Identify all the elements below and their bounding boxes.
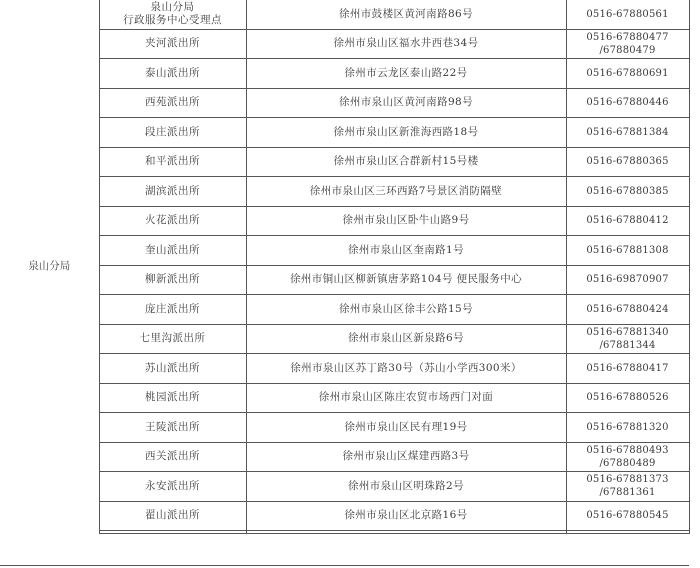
station-table: 泉山分局 泉山分局 行政服务中心受理点 徐州市鼓楼区黄河南路86号 0516-6…	[0, 0, 690, 534]
station-address-cell: 徐州市泉山区徐丰公路15号	[246, 295, 566, 325]
table-row: 夹河派出所 徐州市泉山区福水井西巷34号 0516-67880477 /6788…	[0, 29, 689, 59]
station-address-cell: 徐州市泉山区新淮海西路18号	[246, 118, 566, 148]
station-address-cell: 徐州市泉山区黄河南路98号	[246, 88, 566, 118]
station-phone-line1: 0516-67880385	[569, 185, 687, 198]
station-phone-cell: 0516-67880417	[566, 354, 689, 384]
station-phone-line1: 0516-67881340	[569, 326, 687, 339]
station-name-cell: 湖滨派出所	[99, 177, 246, 207]
table-row: 奎山派出所 徐州市泉山区奎南路1号 0516-67881308	[0, 236, 689, 266]
station-phone-line1: 0516-67880493	[569, 444, 687, 457]
station-address-cell: 徐州市泉山区奎南路1号	[246, 236, 566, 266]
table-row: 泰山派出所 徐州市云龙区泰山路22号 0516-67880691	[0, 59, 689, 89]
table-row: 七里沟派出所 徐州市泉山区新泉路6号 0516-67881340 /678813…	[0, 324, 689, 354]
station-address-cell: 徐州市泉山区三环西路7号景区消防隔壁	[246, 177, 566, 207]
station-name-line1: 奎山派出所	[102, 244, 244, 257]
station-name-cell: 七里沟派出所	[99, 324, 246, 354]
station-phone-cell: 0516-67880493 /67880489	[566, 442, 689, 472]
branch-group-cell: 泉山分局	[0, 0, 99, 534]
station-phone-line1: 0516-67880477	[569, 31, 687, 44]
station-name-cell: 王陵派出所	[99, 413, 246, 443]
station-name-cell: 翟山派出所	[99, 501, 246, 531]
table-body: 泉山分局 泉山分局 行政服务中心受理点 徐州市鼓楼区黄河南路86号 0516-6…	[0, 0, 689, 534]
station-phone-line1: 0516-67880526	[569, 391, 687, 404]
station-name-line1: 西苑派出所	[102, 96, 244, 109]
table-row: 西关派出所 徐州市泉山区煤建西路3号 0516-67880493 /678804…	[0, 442, 689, 472]
station-name-line1: 苏山派出所	[102, 362, 244, 375]
table-row: 桃园派出所 徐州市泉山区陈庄农贸市场西门对面 0516-67880526	[0, 383, 689, 413]
station-address-cell: 徐州市铜山区柳新镇唐茅路104号 便民服务中心	[246, 265, 566, 295]
station-name-line1: 火花派出所	[102, 214, 244, 227]
station-name-line1: 庞庄派出所	[102, 303, 244, 316]
station-name-line1: 王陵派出所	[102, 421, 244, 434]
station-name-cell: 火花派出所	[99, 206, 246, 236]
table-row: 段庄派出所 徐州市泉山区新淮海西路18号 0516-67881384	[0, 118, 689, 148]
table-row: 王陵派出所 徐州市泉山区民有理19号 0516-67881320	[0, 413, 689, 443]
partial-cell	[566, 531, 689, 534]
station-name-line1: 夹河派出所	[102, 37, 244, 50]
station-name-cell: 苏山派出所	[99, 354, 246, 384]
station-name-cell: 庞庄派出所	[99, 295, 246, 325]
station-phone-line1: 0516-67880417	[569, 362, 687, 375]
table-row: 火花派出所 徐州市泉山区卧牛山路9号 0516-67880412	[0, 206, 689, 236]
station-phone-cell: 0516-67880526	[566, 383, 689, 413]
station-address-cell: 徐州市云龙区泰山路22号	[246, 59, 566, 89]
table-row: 翟山派出所 徐州市泉山区北京路16号 0516-67880545	[0, 501, 689, 531]
station-name-line1: 湖滨派出所	[102, 185, 244, 198]
table-row: 和平派出所 徐州市泉山区合群新村15号楼 0516-67880365	[0, 147, 689, 177]
station-address-cell: 徐州市泉山区合群新村15号楼	[246, 147, 566, 177]
table-bottom-border	[0, 565, 689, 566]
station-phone-line2: /67880489	[569, 457, 687, 470]
station-name-line1: 泉山分局	[102, 1, 244, 14]
police-station-table: 泉山分局 泉山分局 行政服务中心受理点 徐州市鼓楼区黄河南路86号 0516-6…	[0, 0, 700, 534]
station-address-cell: 徐州市泉山区明珠路2号	[246, 472, 566, 502]
station-address-cell: 徐州市泉山区陈庄农贸市场西门对面	[246, 383, 566, 413]
station-name-cell: 和平派出所	[99, 147, 246, 177]
table-row: 柳新派出所 徐州市铜山区柳新镇唐茅路104号 便民服务中心 0516-69870…	[0, 265, 689, 295]
station-address-cell: 徐州市泉山区福水井西巷34号	[246, 29, 566, 59]
station-name-cell: 永安派出所	[99, 472, 246, 502]
station-name-line1: 和平派出所	[102, 155, 244, 168]
station-phone-cell: 0516-67881384	[566, 118, 689, 148]
table-row: 泉山分局 泉山分局 行政服务中心受理点 徐州市鼓楼区黄河南路86号 0516-6…	[0, 0, 689, 29]
station-address-cell: 徐州市鼓楼区黄河南路86号	[246, 0, 566, 29]
station-phone-line1: 0516-67880412	[569, 214, 687, 227]
station-name-cell: 泰山派出所	[99, 59, 246, 89]
station-phone-line1: 0516-67881308	[569, 244, 687, 257]
station-name-line1: 翟山派出所	[102, 509, 244, 522]
station-name-cell: 段庄派出所	[99, 118, 246, 148]
station-phone-cell: 0516-67880561	[566, 0, 689, 29]
station-phone-cell: 0516-67880424	[566, 295, 689, 325]
station-phone-line1: 0516-67881320	[569, 421, 687, 434]
table-row: 庞庄派出所 徐州市泉山区徐丰公路15号 0516-67880424	[0, 295, 689, 325]
station-name-cell: 西苑派出所	[99, 88, 246, 118]
station-phone-line2: /67881344	[569, 339, 687, 352]
table-row: 湖滨派出所 徐州市泉山区三环西路7号景区消防隔壁 0516-67880385	[0, 177, 689, 207]
station-phone-cell: 0516-67881308	[566, 236, 689, 266]
station-phone-cell: 0516-67880365	[566, 147, 689, 177]
station-phone-line1: 0516-67881384	[569, 126, 687, 139]
station-address-cell: 徐州市泉山区煤建西路3号	[246, 442, 566, 472]
table-row: 西苑派出所 徐州市泉山区黄河南路98号 0516-67880446	[0, 88, 689, 118]
station-address-cell: 徐州市泉山区苏丁路30号（苏山小学西300米）	[246, 354, 566, 384]
station-phone-line1: 0516-67880691	[569, 67, 687, 80]
station-address-cell: 徐州市泉山区卧牛山路9号	[246, 206, 566, 236]
station-phone-cell: 0516-67880691	[566, 59, 689, 89]
station-phone-line1: 0516-69870907	[569, 273, 687, 286]
station-address-cell: 徐州市泉山区北京路16号	[246, 501, 566, 531]
station-name-cell: 柳新派出所	[99, 265, 246, 295]
station-phone-cell: 0516-67881320	[566, 413, 689, 443]
station-name-line1: 段庄派出所	[102, 126, 244, 139]
station-name-line1: 桃园派出所	[102, 391, 244, 404]
station-name-line1: 七里沟派出所	[102, 332, 244, 345]
table-row: 苏山派出所 徐州市泉山区苏丁路30号（苏山小学西300米） 0516-67880…	[0, 354, 689, 384]
station-address-cell: 徐州市泉山区新泉路6号	[246, 324, 566, 354]
station-name-cell: 奎山派出所	[99, 236, 246, 266]
station-name-line1: 泰山派出所	[102, 67, 244, 80]
station-phone-line1: 0516-67880365	[569, 155, 687, 168]
station-name-line1: 永安派出所	[102, 480, 244, 493]
station-name-line1: 西关派出所	[102, 450, 244, 463]
station-phone-line1: 0516-67880545	[569, 509, 687, 522]
table-row-partial	[0, 531, 689, 534]
station-phone-line1: 0516-67880561	[569, 8, 687, 21]
station-phone-cell: 0516-67880385	[566, 177, 689, 207]
station-name-line2: 行政服务中心受理点	[102, 14, 244, 27]
station-name-line1: 柳新派出所	[102, 273, 244, 286]
station-phone-cell: 0516-67881340 /67881344	[566, 324, 689, 354]
station-phone-line1: 0516-67880446	[569, 96, 687, 109]
station-phone-line2: /67881361	[569, 486, 687, 499]
station-phone-line1: 0516-67880424	[569, 303, 687, 316]
station-name-cell: 桃园派出所	[99, 383, 246, 413]
station-phone-cell: 0516-67880446	[566, 88, 689, 118]
station-name-cell: 泉山分局 行政服务中心受理点	[99, 0, 246, 29]
station-phone-cell: 0516-67880545	[566, 501, 689, 531]
station-name-cell: 西关派出所	[99, 442, 246, 472]
station-phone-cell: 0516-67881373 /67881361	[566, 472, 689, 502]
station-address-cell: 徐州市泉山区民有理19号	[246, 413, 566, 443]
partial-cell	[246, 531, 566, 534]
partial-cell	[99, 531, 246, 534]
station-phone-cell: 0516-67880412	[566, 206, 689, 236]
station-phone-cell: 0516-67880477 /67880479	[566, 29, 689, 59]
station-phone-cell: 0516-69870907	[566, 265, 689, 295]
station-phone-line1: 0516-67881373	[569, 473, 687, 486]
station-phone-line2: /67880479	[569, 44, 687, 57]
table-row: 永安派出所 徐州市泉山区明珠路2号 0516-67881373 /6788136…	[0, 472, 689, 502]
station-name-cell: 夹河派出所	[99, 29, 246, 59]
